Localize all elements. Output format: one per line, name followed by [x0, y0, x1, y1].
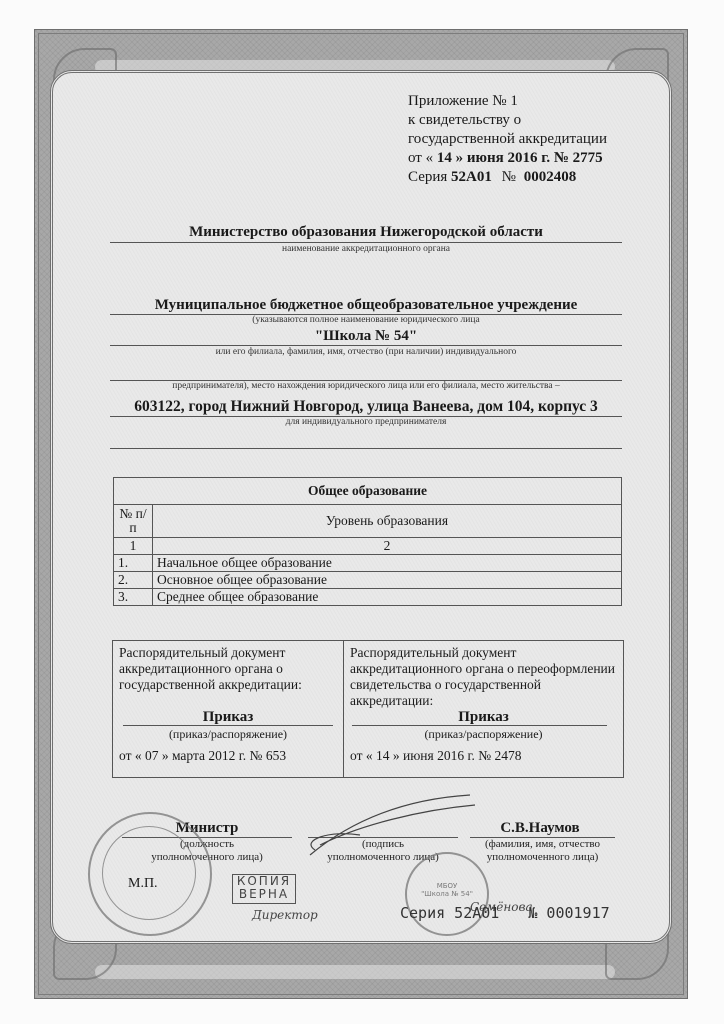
organization-caption-3: предпринимателя), место нахождения юриди… — [110, 381, 622, 391]
table-row: 3. Среднее общее образование — [114, 589, 622, 606]
table-row: 2. Основное общее образование — [114, 572, 622, 589]
orders-box: Распорядительный документ аккредитационн… — [112, 640, 624, 778]
copy-certified-stamp: КОПИЯ ВЕРНА — [232, 874, 296, 904]
order-type: Приказ — [350, 709, 617, 725]
column-index-2: 2 — [153, 538, 622, 555]
order-type-caption: (приказ/распоряжение) — [350, 726, 617, 742]
organization-name: "Школа № 54" — [110, 328, 622, 345]
divider — [110, 345, 622, 346]
order-date: от « 14 » июня 2016 г. № 2478 — [350, 748, 617, 764]
border-ornament — [95, 965, 615, 979]
divider — [110, 448, 622, 449]
ministry-seal-inner-icon — [102, 826, 196, 920]
order-date: от « 07 » марта 2012 г. № 653 — [119, 748, 337, 764]
appendix-line1: Приложение № 1 — [408, 92, 607, 111]
handwritten-director: Директор — [252, 908, 318, 922]
organization-type: Муниципальное бюджетное общеобразователь… — [110, 297, 622, 314]
signature-scribble-icon — [300, 790, 480, 860]
order-type: Приказ — [119, 709, 337, 725]
appendix-header: Приложение № 1 к свидетельству о государ… — [408, 92, 607, 187]
organization-caption-1: (указываются полное наименование юридиче… — [110, 315, 622, 325]
column-index-1: 1 — [114, 538, 153, 555]
table-title: Общее образование — [114, 478, 622, 505]
header-number: № п/п — [114, 505, 153, 538]
organization-caption-2: или его филиала, фамилия, имя, отчество … — [110, 347, 622, 357]
seal-label: М.П. — [128, 876, 158, 892]
order-type-caption: (приказ/распоряжение) — [119, 726, 337, 742]
authority-caption: наименование аккредитационного органа — [110, 244, 622, 254]
order-accreditation: Распорядительный документ аккредитационн… — [113, 641, 344, 777]
name-caption: (фамилия, имя, отчество уполномоченного … — [470, 838, 615, 864]
header-level: Уровень образования — [153, 505, 622, 538]
table-row: 1. Начальное общее образование — [114, 555, 622, 572]
education-levels-table: Общее образование № п/п Уровень образова… — [113, 477, 622, 606]
organization-caption-4: для индивидуального предпринимателя — [110, 417, 622, 427]
order-description: Распорядительный документ аккредитационн… — [119, 645, 337, 709]
order-description: Распорядительный документ аккредитационн… — [350, 645, 617, 709]
divider — [110, 242, 622, 243]
appendix-date: от « 14 » июня 2016 г. № 2775 — [408, 149, 607, 168]
appendix-line3: государственной аккредитации — [408, 130, 607, 149]
authority-name: Министерство образования Нижегородской о… — [110, 224, 622, 241]
organization-address: 603122, город Нижний Новгород, улица Ван… — [110, 398, 622, 416]
school-stamp-icon: МБОУ "Школа № 54" — [405, 852, 489, 936]
appendix-line2: к свидетельству о — [408, 111, 607, 130]
signatory-name: С.В.Наумов — [470, 820, 610, 837]
form-serial: Серия 52А01 № 0001917 — [400, 904, 610, 922]
order-reissue: Распорядительный документ аккредитационн… — [344, 641, 623, 777]
appendix-series: Серия 52А01 № 0002408 — [408, 168, 607, 187]
